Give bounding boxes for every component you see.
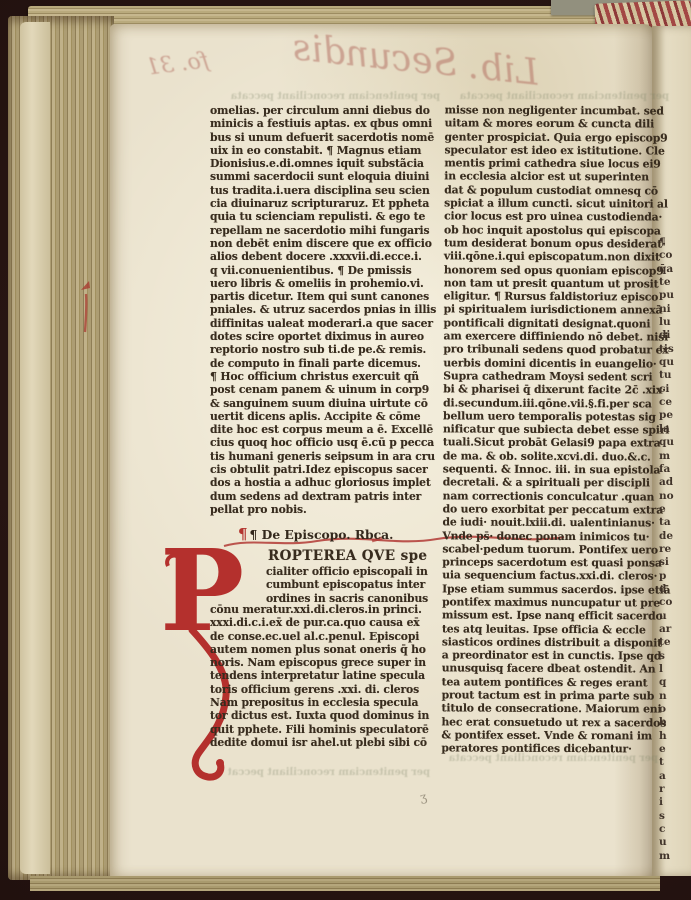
paragraph-indented-lines: cialiter officio episcopali in cumbunt e… [266,565,446,605]
chapter-heading: ¶¶ De Episcopo. Rbca. [238,525,393,543]
paragraph-opening-line: ROPTEREA QVE spe [268,548,448,564]
red-gutter-ink-mark [78,278,94,336]
right-text-column: misse non negligenter incumbat. sed uita… [441,103,684,756]
book-bottom-page-edges [30,876,660,891]
show-through-line: per penitenciam reconciliant peccata [212,90,440,104]
chapter-heading-text: ¶ De Episcopo. Rbca. [250,527,394,542]
left-inner-page-edge [20,22,50,874]
show-through-line: per penitenciam reconciliant peccata [445,90,669,104]
next-page-text-fragments: ¶ co q̄a te pu ni lu di tis qu tu ci ce … [659,236,689,870]
paragraph-full-lines: cōnu meratur.xxi.di.cleros.in princi. xx… [210,603,446,749]
left-text-column: omelias. per circulum anni diebus do min… [210,104,446,516]
photo-of-incunabulum-page: { "photo": { "background_color": "#26141… [0,0,691,900]
